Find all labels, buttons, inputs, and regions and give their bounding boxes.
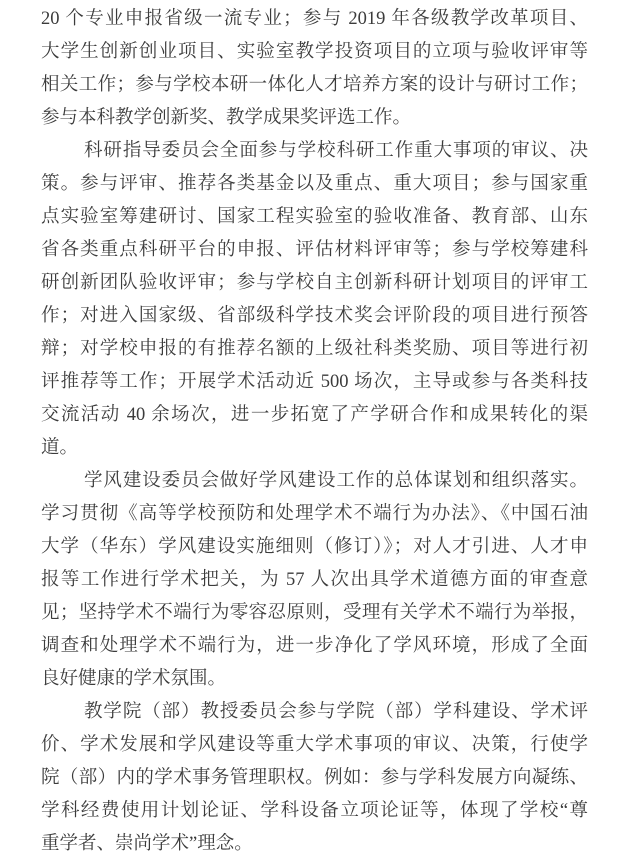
text-line: 大学（华东）学风建设实施细则（修订）》；对人才引进、人才申	[41, 531, 588, 564]
text-line: 相关工作；参与学校本研一体化人才培养方案的设计与研讨工作；	[41, 69, 588, 102]
text-line: 参与本科教学创新奖、教学成果奖评选工作。	[41, 102, 588, 135]
text-line: 作；对进入国家级、省部级科学技术奖会评阶段的项目进行预答	[41, 300, 588, 333]
text-line: 学习贯彻《高等学校预防和处理学术不端行为办法》、《中国石油	[41, 498, 588, 531]
text-line: 策。参与评审、推荐各类基金以及重点、重大项目；参与国家重	[41, 168, 588, 201]
paragraph: 学风建设委员会做好学风建设工作的总体谋划和组织落实。学习贯彻《高等学校预防和处理…	[41, 465, 588, 696]
text-line: 学风建设委员会做好学风建设工作的总体谋划和组织落实。	[41, 465, 588, 498]
document-body: 20 个专业申报省级一流专业；参与 2019 年各级教学改革项目、大学生创新创业…	[41, 3, 588, 859]
text-line: 评推荐等工作；开展学术活动近 500 场次，主导或参与各类科技	[41, 366, 588, 399]
text-line: 研创新团队验收评审；参与学校自主创新科研计划项目的评审工	[41, 267, 588, 300]
document-page: 20 个专业申报省级一流专业；参与 2019 年各级教学改革项目、大学生创新创业…	[0, 0, 626, 859]
text-line: 见；坚持学术不端行为零容忍原则，受理有关学术不端行为举报，	[41, 597, 588, 630]
text-line: 价、学术发展和学风建设等重大学术事项的审议、决策，行使学	[41, 729, 588, 762]
text-line: 20 个专业申报省级一流专业；参与 2019 年各级教学改革项目、	[41, 3, 588, 36]
text-line: 教学院（部）教授委员会参与学院（部）学科建设、学术评	[41, 696, 588, 729]
paragraph: 20 个专业申报省级一流专业；参与 2019 年各级教学改革项目、大学生创新创业…	[41, 3, 588, 135]
text-line: 点实验室筹建研讨、国家工程实验室的验收准备、教育部、山东	[41, 201, 588, 234]
text-line: 学科经费使用计划论证、学科设备立项论证等，体现了学校“尊	[41, 795, 588, 828]
text-line: 报等工作进行学术把关，为 57 人次出具学术道德方面的审查意	[41, 564, 588, 597]
text-line: 重学者、崇尚学术”理念。	[41, 828, 588, 859]
text-line: 院（部）内的学术事务管理职权。例如：参与学科发展方向凝练、	[41, 762, 588, 795]
text-line: 省各类重点科研平台的申报、评估材料评审等；参与学校筹建科	[41, 234, 588, 267]
text-line: 调查和处理学术不端行为，进一步净化了学风环境，形成了全面	[41, 630, 588, 663]
text-line: 良好健康的学术氛围。	[41, 663, 588, 696]
paragraph: 科研指导委员会全面参与学校科研工作重大事项的审议、决策。参与评审、推荐各类基金以…	[41, 135, 588, 465]
text-line: 辩；对学校申报的有推荐名额的上级社科类奖励、项目等进行初	[41, 333, 588, 366]
paragraph: 教学院（部）教授委员会参与学院（部）学科建设、学术评价、学术发展和学风建设等重大…	[41, 696, 588, 859]
text-line: 科研指导委员会全面参与学校科研工作重大事项的审议、决	[41, 135, 588, 168]
text-line: 道。	[41, 432, 588, 465]
text-line: 大学生创新创业项目、实验室教学投资项目的立项与验收评审等	[41, 36, 588, 69]
text-line: 交流活动 40 余场次，进一步拓宽了产学研合作和成果转化的渠	[41, 399, 588, 432]
